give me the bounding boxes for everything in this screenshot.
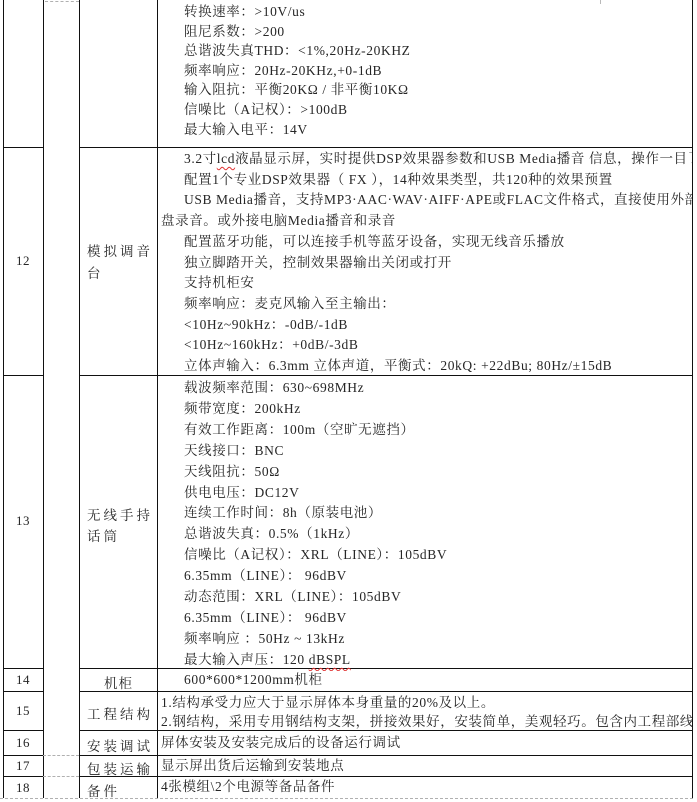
spec-line: 天线阻抗：50Ω — [158, 462, 692, 483]
spec-line: 配置蓝牙功能，可以连接手机等蓝牙设备，实现无线音乐播放 — [158, 232, 692, 253]
spec-line: 载波频率范围：630~698MHz — [158, 378, 692, 399]
table-border-horizontal — [3, 755, 43, 756]
table-border-horizontal — [3, 776, 43, 777]
table-border-horizontal — [3, 668, 43, 669]
item-label-cabinet: 机柜 — [80, 672, 157, 692]
row-number: 13 — [3, 513, 43, 529]
spec-line: USB Media播音，支持MP3·AAC·WAV·AIFF·APE或FLAC文… — [158, 190, 692, 211]
spec-line: 信噪比（A记权）：>100dB — [158, 100, 692, 120]
spec-line: 天线接口：BNC — [158, 441, 692, 462]
spellcheck-underline: dBSPL — [309, 652, 351, 667]
spec-line: 信噪比（A记权）：XRL（LINE）：105dBV — [158, 545, 692, 566]
spec-text: 3.2寸 — [184, 151, 217, 166]
spec-line: 供电电压：DC12V — [158, 483, 692, 504]
table-border-horizontal — [3, 691, 43, 692]
spec-line: 配置1个专业DSP效果器（ FX ），14种效果类型，共120种的效果预置 — [158, 170, 692, 191]
spec-text: 液晶显示屏，实时提供DSP效果器参数和USB Media播音 信息，操作一目了 — [235, 151, 692, 166]
item-label-install: 安装调试 — [87, 735, 157, 755]
row-number: 16 — [3, 735, 43, 751]
spec-line: <10Hz~90kHz：-0dB/-1dB — [158, 315, 692, 336]
item-label-line: 台 — [87, 263, 157, 285]
spec-line: 频带宽度：200kHz — [158, 399, 692, 420]
table-border-horizontal — [3, 730, 43, 731]
spec-line: 盘录音。或外接电脑Media播音和录音 — [158, 211, 692, 232]
spec-line: 总谐波失真：0.5%（1kHz） — [158, 524, 692, 545]
table-border-horizontal — [3, 375, 43, 376]
spec-line: 动态范围：XRL（LINE）：105dBV — [158, 587, 692, 608]
spec-cell-row13: 载波频率范围：630~698MHz 频带宽度：200kHz 有效工作距离：100… — [158, 375, 692, 671]
table-gridline-dashed — [43, 755, 79, 756]
spec-line: 2.钢结构，采用专用钢结构支架，拼接效果好，安装简单，美观轻巧。包含内工程部线材… — [158, 712, 692, 731]
item-label-line: 话筒 — [87, 526, 157, 547]
spec-line: 1.结构承受力应大于显示屏体本身重量的20%及以上。 — [158, 693, 692, 712]
item-label-structure: 工程结构 — [87, 703, 157, 723]
row-number: 15 — [3, 703, 43, 719]
spec-line: 转换速率：>10V/us — [158, 2, 692, 22]
spec-cell-row18: 4张模组\2个电源等备品备件 — [158, 776, 692, 798]
item-label-shipping: 包装运输 — [87, 758, 157, 778]
spec-line: 显示屏出货后运输到安装地点 — [158, 755, 692, 776]
spec-line: 3.2寸lcd液晶显示屏，实时提供DSP效果器参数和USB Media播音 信息… — [158, 149, 692, 170]
spellcheck-underline: lcd — [217, 151, 235, 166]
item-label-mixer: 模拟调音 台 — [87, 241, 157, 285]
spec-line: 独立脚踏开关，控制效果器输出关闭或打开 — [158, 253, 692, 274]
spec-cell-row16: 屏体安装及安装完成后的设备运行调试 — [158, 730, 692, 755]
spec-cell-row12: 3.2寸lcd液晶显示屏，实时提供DSP效果器参数和USB Media播音 信息… — [158, 147, 692, 377]
row-number: 17 — [3, 758, 43, 774]
spec-line: 输入阻抗：平衡20KΩ / 非平衡10KΩ — [158, 80, 692, 100]
spec-cell-row11: 转换速率：>10V/us 阻尼系数：>200 总谐波失真THD：<1%,20Hz… — [158, 0, 692, 139]
spec-line: 频率响应 ：50Hz ~ 13kHz — [158, 629, 692, 650]
spec-cell-row14: 600*600*1200mm机柜 — [158, 668, 692, 691]
spec-line: 频率响应：20Hz-20KHz,+0-1dB — [158, 61, 692, 81]
spec-cell-row15: 1.结构承受力应大于显示屏体本身重量的20%及以上。 2.钢结构，采用专用钢结构… — [158, 691, 692, 732]
spec-line: 频率响应：麦克风输入至主输出： — [158, 294, 692, 315]
item-label-line: 无线手持 — [87, 505, 157, 526]
row-number: 12 — [3, 253, 43, 269]
spec-line: 连续工作时间：8h（原装电池） — [158, 503, 692, 524]
item-label-wireless-mic: 无线手持 话筒 — [87, 505, 157, 547]
table-border-horizontal — [3, 147, 43, 148]
table-gridline-dashed — [45, 1, 79, 2]
spec-table-document: 12 13 14 15 16 17 18 模拟调音 台 无线手持 话筒 机柜 工… — [0, 0, 697, 802]
item-label-spares: 备件 — [87, 780, 157, 800]
item-label-line: 模拟调音 — [87, 241, 157, 263]
spec-line: 立体声输入：6.3mm 立体声道，平衡式：20kQ: +22dBu; 80Hz/… — [158, 356, 692, 377]
spec-line: 屏体安装及安装完成后的设备运行调试 — [158, 730, 692, 755]
table-border-vertical — [43, 0, 44, 798]
spec-line: <10Hz~160kHz：+0dB/-3dB — [158, 335, 692, 356]
row-number: 14 — [3, 672, 43, 688]
spec-line: 最大输入电平：14V — [158, 120, 692, 140]
spec-line: 6.35mm（LINE）： 96dBV — [158, 608, 692, 629]
spec-line: 有效工作距离：100m（空旷无遮挡） — [158, 420, 692, 441]
spec-line: 6.35mm（LINE）： 96dBV — [158, 566, 692, 587]
spec-cell-row17: 显示屏出货后运输到安装地点 — [158, 755, 692, 776]
table-border-vertical — [692, 0, 693, 798]
row-number: 18 — [3, 780, 43, 796]
spec-line: 4张模组\2个电源等备品备件 — [158, 776, 692, 798]
spec-line: 阻尼系数：>200 — [158, 22, 692, 42]
spec-text: 最大输入声压：120 — [184, 652, 309, 667]
spec-line: 600*600*1200mm机柜 — [158, 668, 692, 691]
spec-line: 支持机柜安 — [158, 273, 692, 294]
table-gridline-dashed — [43, 776, 79, 777]
spec-line: 总谐波失真THD：<1%,20Hz-20KHZ — [158, 41, 692, 61]
